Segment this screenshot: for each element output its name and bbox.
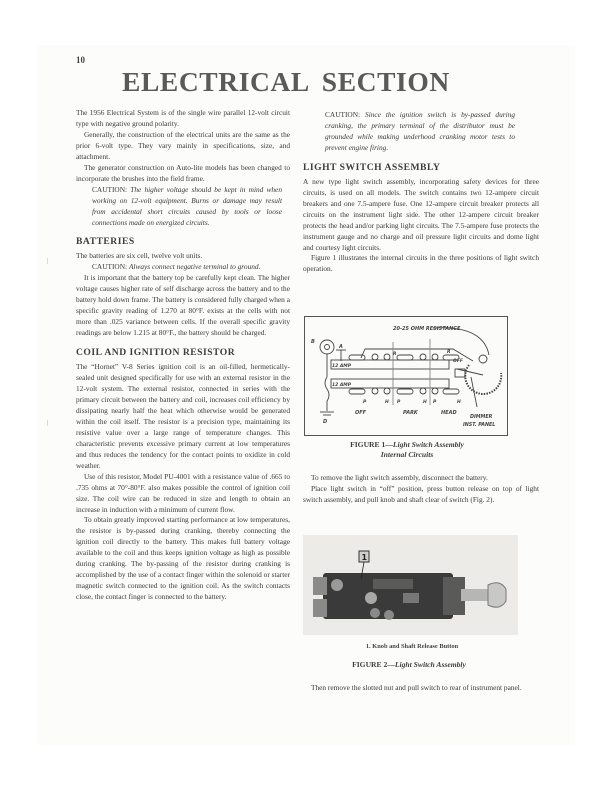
caution-ground: CAUTION: Always connect negative termina… — [92, 262, 290, 273]
light-switch-paragraph: A new type light switch assembly, incorp… — [303, 177, 539, 254]
figure-1-circuit-diagram: 20-25 OHM RESISTANCE B A D 12 AMP 12 AMP… — [304, 316, 508, 436]
section-heading-coil: COIL AND IGNITION RESISTOR — [76, 347, 290, 359]
circuit-diagram-icon: 20-25 OHM RESISTANCE B A D 12 AMP 12 AMP… — [305, 317, 507, 435]
page-number: 10 — [76, 55, 85, 65]
figure-1-caption-subtitle: Internal Circuits — [381, 450, 434, 459]
removal-paragraph: To remove the light switch assembly, dis… — [303, 473, 539, 484]
caution-label: CAUTION: — [92, 185, 127, 194]
light-switch-photo-icon: 1 — [303, 535, 518, 635]
svg-text:12 AMP: 12 AMP — [332, 363, 352, 369]
intro-paragraph: Generally, the construction of the elect… — [76, 130, 290, 163]
intro-paragraph: The generator construction on Auto-lite … — [76, 163, 290, 185]
figure-1-caption: FIGURE 1—Light Switch Assembly Internal … — [304, 440, 510, 459]
svg-text:20-25 OHM RESISTANCE: 20-25 OHM RESISTANCE — [393, 326, 461, 332]
svg-text:A: A — [338, 344, 343, 350]
light-switch-paragraph: Figure 1 illustrates the internal circui… — [303, 253, 539, 275]
margin-mark — [47, 258, 48, 264]
caution-label: CAUTION: — [325, 110, 360, 119]
left-column: The 1956 Electrical System is of the sin… — [76, 108, 290, 603]
svg-text:H: H — [385, 399, 389, 405]
svg-text:HEAD: HEAD — [441, 410, 457, 416]
final-paragraph: Then remove the slotted nut and pull swi… — [303, 683, 539, 694]
svg-text:P: P — [363, 399, 367, 405]
figure-2-photo: 1 — [303, 535, 518, 635]
caution-ignition: CAUTION: Since the ignition switch is by… — [325, 110, 539, 154]
figure-2-caption: FIGURE 2—Light Switch Assembly — [304, 660, 514, 670]
section-heading-batteries: BATTERIES — [76, 236, 290, 248]
svg-text:B: B — [311, 339, 315, 345]
svg-text:H: H — [423, 399, 427, 405]
svg-text:INST. PANEL: INST. PANEL — [463, 422, 495, 428]
section-heading-light-switch: LIGHT SWITCH ASSEMBLY — [303, 162, 539, 174]
svg-text:H: H — [457, 399, 461, 405]
svg-text:OFF: OFF — [453, 358, 464, 364]
svg-text:12 AMP: 12 AMP — [332, 382, 352, 388]
removal-text: To remove the light switch assembly, dis… — [303, 473, 539, 506]
figure-2-callout-legend: 1. Knob and Shaft Release Button — [304, 643, 520, 650]
margin-mark — [47, 420, 48, 426]
page-title: ELECTRICAL SECTION — [122, 66, 462, 98]
svg-text:OFF: OFF — [355, 410, 367, 416]
coil-paragraph: The “Hornet” V-8 Series ignition coil is… — [76, 362, 290, 472]
figure-1-caption-prefix: FIGURE 1— — [350, 440, 393, 449]
caution-voltage: CAUTION: The higher voltage should be ke… — [92, 185, 290, 229]
caution-label: CAUTION: — [92, 262, 127, 271]
batteries-body: It is important that the battery top be … — [76, 273, 290, 339]
coil-paragraph: To obtain greatly improved starting perf… — [76, 515, 290, 603]
svg-text:P: P — [433, 399, 437, 405]
intro-paragraph: The 1956 Electrical System is of the sin… — [76, 108, 290, 130]
svg-text:R: R — [447, 349, 451, 355]
batteries-intro: The batteries are six cell, twelve volt … — [76, 251, 290, 262]
figure-2-caption-prefix: FIGURE 2— — [352, 660, 395, 669]
coil-paragraph: Use of this resistor, Model PU-4001 with… — [76, 472, 290, 516]
svg-text:DIMMER: DIMMER — [470, 414, 493, 420]
callout-number: 1 — [362, 553, 368, 562]
final-instruction: Then remove the slotted nut and pull swi… — [303, 683, 539, 694]
figure-2-caption-title: Light Switch Assembly — [395, 660, 466, 669]
caution-text: Always connect negative terminal to grou… — [129, 262, 260, 271]
svg-text:PARK: PARK — [403, 410, 419, 416]
right-column: CAUTION: Since the ignition switch is by… — [303, 110, 539, 275]
svg-text:P: P — [397, 399, 401, 405]
removal-paragraph: Place light switch in “off” position, pr… — [303, 484, 539, 506]
svg-text:R: R — [393, 351, 397, 357]
svg-text:D: D — [323, 419, 327, 425]
figure-1-caption-title: Light Switch Assembly — [393, 440, 464, 449]
